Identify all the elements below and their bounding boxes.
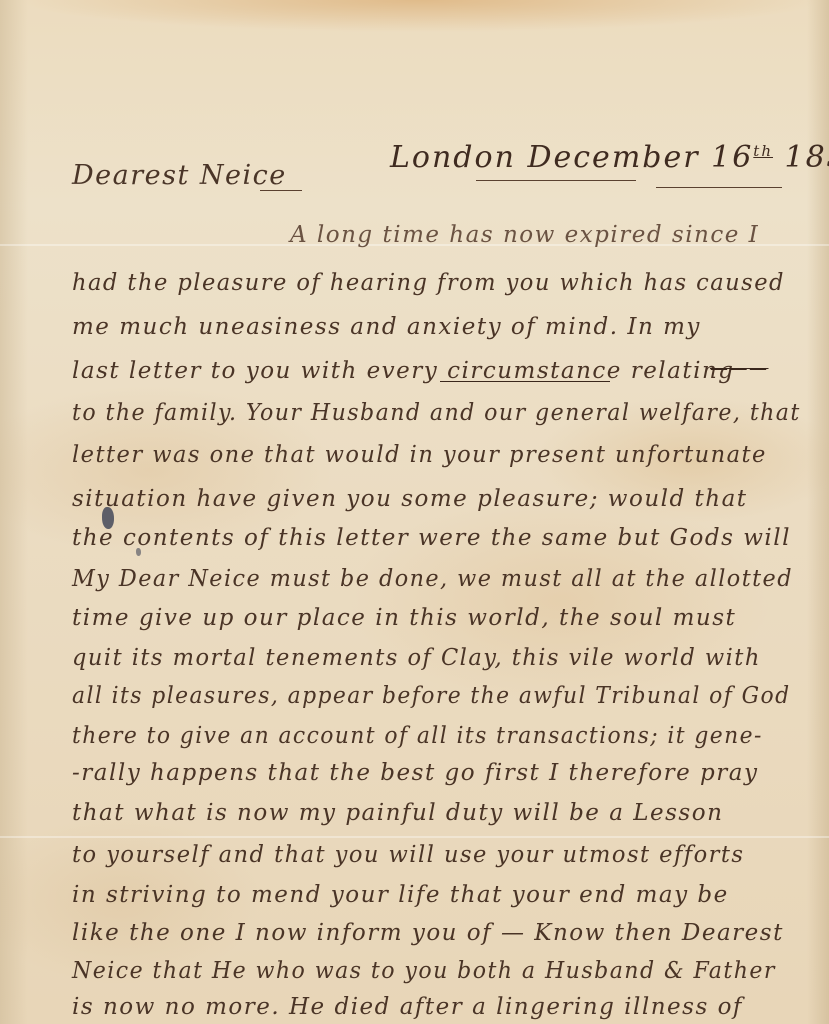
letter-line: like the one I now inform you of — Know … [72, 920, 784, 946]
letter-line: there to give an account of all its tran… [72, 723, 763, 749]
letter-line: situation have given you some pleasure; … [72, 486, 748, 512]
letter-line: A long time has now expired since I [290, 222, 820, 248]
strike-line [440, 381, 610, 382]
letter-line: last letter to you with every circumstan… [72, 358, 735, 384]
letter-line: Neice that He who was to you both a Husb… [72, 958, 776, 984]
letter-page: London December 16th 1831 Dearest Neice … [0, 0, 829, 1024]
letter-line: the contents of this letter were the sam… [72, 525, 791, 551]
letter-line: -rally happens that the best go first I … [72, 760, 758, 786]
letter-line: all its pleasures, appear before the awf… [72, 683, 790, 709]
letter-line: that what is now my painful duty will be… [72, 800, 723, 826]
struck-word: ——— [710, 358, 769, 379]
dateline-underline [476, 180, 636, 181]
letter-line: quit its mortal tenements of Clay, this … [72, 645, 761, 671]
salutation-underline [260, 190, 302, 191]
letter-line: had the pleasure of hearing from you whi… [72, 270, 785, 296]
letter-line: is now no more. He died after a lingerin… [72, 994, 743, 1020]
letter-line: to yourself and that you will use your u… [72, 842, 744, 868]
letter-line: time give up our place in this world, th… [72, 605, 736, 631]
paper-fold-line [0, 836, 829, 838]
letter-line: to the family. Your Husband and our gene… [72, 400, 801, 426]
letter-line: me much uneasiness and anxiety of mind. … [72, 314, 701, 340]
letter-line: in striving to mend your life that your … [72, 882, 729, 908]
dateline-year: 1831 [785, 140, 829, 175]
letter-line: letter was one that would in your presen… [72, 442, 767, 468]
salutation: Dearest Neice [72, 160, 287, 191]
dateline-month: December [527, 140, 699, 175]
dateline-place: London [390, 140, 516, 175]
dateline: London December 16th 1831 [390, 140, 829, 175]
dateline-day-suffix: th [753, 142, 773, 160]
dateline-day: 16 [711, 140, 753, 175]
letter-line: My Dear Neice must be done, we must all … [72, 566, 793, 592]
paper-edge-left [0, 0, 28, 1024]
dateline-underline [656, 187, 782, 188]
